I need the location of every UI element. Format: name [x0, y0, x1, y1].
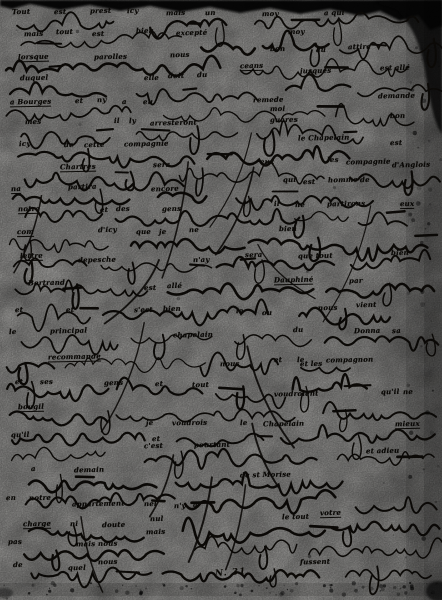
gloss-word: mais: [24, 30, 43, 37]
gloss-word: qu'il: [381, 388, 400, 395]
gloss-word: tout: [56, 28, 73, 35]
gloss-word: a Bourges: [10, 98, 52, 108]
gloss-annotation-layer: Toutestpresticymaisunmoya quimaistoutest…: [0, 0, 442, 600]
gloss-word: mieux: [395, 420, 420, 430]
gloss-word: ne: [295, 201, 305, 208]
gloss-word: depesche: [78, 256, 116, 264]
manuscript-photo: Toutestpresticymaisunmoya quimaistoutest…: [0, 0, 442, 600]
gloss-word: mais nous: [76, 540, 118, 548]
gloss-word: encore: [151, 185, 179, 193]
gloss-word: et: [155, 380, 163, 387]
gloss-word: lorsque: [18, 53, 49, 63]
gloss-word: moi: [270, 105, 285, 112]
gloss-word: guares: [270, 116, 298, 124]
gloss-word: il: [114, 117, 120, 124]
gloss-word: les: [327, 156, 339, 163]
gloss-word: moy: [262, 10, 279, 17]
gloss-word: bon: [390, 112, 405, 119]
gloss-word: com: [17, 228, 34, 237]
gloss-word: le: [240, 419, 248, 426]
gloss-word: et: [274, 356, 282, 363]
gloss-word: d'icy: [98, 226, 117, 233]
gloss-word: Donna: [354, 327, 381, 335]
gloss-word: moy: [288, 28, 305, 35]
gloss-word: ni: [70, 520, 78, 527]
gloss-word: que tout: [298, 252, 333, 260]
gloss-word: notre: [18, 205, 40, 214]
gloss-word: je: [146, 419, 154, 426]
gloss-word: compagnon: [326, 356, 373, 364]
gloss-word: excepté: [176, 29, 207, 37]
gloss-word: votre: [320, 509, 341, 518]
gloss-word: n'y: [174, 502, 186, 509]
gloss-word: le: [297, 356, 305, 363]
gloss-word: est: [144, 284, 156, 291]
gloss-word: Dauphiné: [274, 276, 314, 286]
gloss-word: au: [316, 46, 326, 53]
gloss-word: bien: [136, 27, 154, 34]
gloss-word: recommande: [48, 352, 101, 362]
gloss-word: qu'il: [11, 431, 30, 438]
gloss-word: parolles: [94, 53, 127, 61]
gloss-word: est: [303, 178, 315, 185]
gloss-word: il: [274, 200, 280, 207]
gloss-word: Bertrand: [28, 279, 65, 287]
gloss-word: duquel: [20, 74, 48, 82]
gloss-word: des: [116, 205, 130, 212]
gloss-word: vient: [356, 301, 377, 308]
gloss-word: le Chapelain: [298, 133, 350, 141]
gloss-word: le: [9, 328, 17, 335]
gloss-word: eux: [400, 200, 415, 209]
gloss-word: nous: [318, 304, 338, 311]
gloss-word: nel: [144, 500, 157, 507]
gloss-word: bon: [270, 45, 285, 52]
gloss-word: ses: [40, 378, 53, 385]
gloss-word: eux: [260, 158, 274, 165]
gloss-word: doute: [102, 521, 125, 528]
gloss-word: et: [15, 306, 23, 313]
gloss-word: na: [11, 185, 21, 194]
gloss-word: ne: [403, 388, 413, 395]
gloss-word: le tout: [282, 513, 309, 521]
gloss-word: est: [54, 8, 66, 15]
gloss-word: de st Morise: [240, 470, 291, 478]
gloss-word: a: [193, 501, 198, 508]
gloss-word: attire: [348, 43, 371, 50]
gloss-word: ne: [189, 226, 199, 233]
gloss-word: chapelain: [173, 331, 213, 339]
gloss-word: quel: [68, 564, 86, 571]
gloss-word: mais: [146, 528, 165, 535]
gloss-word: partira: [68, 183, 97, 191]
gloss-word: demande: [378, 92, 415, 100]
gloss-word: jusques: [300, 67, 331, 75]
gloss-word: tout: [192, 381, 209, 388]
gloss-word: je: [159, 228, 167, 235]
gloss-word: bien: [391, 249, 409, 256]
gloss-word: est: [92, 30, 104, 37]
gloss-word: icy: [127, 7, 139, 14]
gloss-word: nous: [220, 360, 240, 367]
gloss-word: doit: [168, 72, 184, 79]
gloss-word: bien: [163, 305, 181, 312]
gloss-word: voudroient: [274, 390, 319, 398]
gloss-word: a qui: [324, 9, 345, 16]
gloss-word: notre: [29, 494, 51, 501]
gloss-word: s'est: [134, 306, 153, 313]
gloss-word: pas: [8, 538, 22, 545]
gloss-word: voudrois: [172, 419, 207, 427]
gloss-word: fussent: [300, 558, 330, 566]
gloss-word: et: [66, 306, 74, 313]
gloss-word: sera: [153, 161, 171, 168]
gloss-word: n'ay: [193, 256, 210, 263]
gloss-word: c'est: [144, 442, 163, 449]
gloss-word: que: [136, 228, 151, 235]
gloss-word: d'Anglois: [392, 161, 430, 169]
gloss-word: homme: [328, 176, 358, 184]
gloss-word: arresteront: [150, 119, 197, 127]
gloss-word: et: [75, 97, 83, 104]
gloss-word: elle: [144, 74, 159, 81]
gloss-word: Chartres: [60, 163, 96, 173]
gloss-word: Chapelain: [263, 420, 304, 428]
gloss-word: mais: [166, 9, 185, 16]
gloss-word: et adieu: [366, 447, 399, 455]
gloss-word: charge: [23, 520, 51, 530]
gloss-word: appartement: [72, 499, 125, 507]
gloss-word: de: [64, 141, 74, 148]
gloss-word: Tout: [12, 8, 30, 15]
gloss-word: ceans: [240, 62, 263, 71]
gloss-word: demain: [74, 466, 104, 474]
gloss-word: et: [100, 206, 108, 213]
gloss-word: eu: [143, 98, 153, 105]
gloss-word: est allé: [380, 64, 410, 72]
gloss-word: remede: [253, 96, 284, 104]
gloss-word: prest: [90, 7, 111, 14]
gloss-word: gens: [104, 379, 123, 386]
gloss-word: bougil: [18, 403, 44, 413]
gloss-word: du: [293, 326, 304, 333]
gloss-word: le: [236, 307, 244, 314]
gloss-word: qui: [283, 176, 296, 183]
gloss-word: ou: [262, 309, 272, 316]
gloss-word: a: [31, 465, 36, 472]
gloss-word: nul: [150, 515, 164, 522]
gloss-word: est: [390, 139, 402, 146]
gloss-word: sera: [245, 251, 263, 258]
gloss-word: pourtant: [194, 441, 230, 449]
gloss-word: nous: [98, 558, 118, 565]
gloss-word: mes: [25, 118, 42, 125]
gloss-word: de: [13, 561, 23, 568]
gloss-word: en: [6, 494, 16, 501]
gloss-word: gens: [162, 205, 181, 212]
gloss-word: par: [349, 277, 363, 284]
gloss-word: compagnie: [124, 140, 169, 148]
gloss-word: de: [360, 176, 370, 183]
gloss-word: a: [122, 98, 127, 105]
gloss-word: icy: [19, 140, 31, 147]
gloss-word: un: [205, 9, 216, 16]
gloss-word: bien: [279, 225, 297, 232]
gloss-word: ly: [129, 117, 136, 124]
gloss-word: partirons: [327, 200, 365, 208]
gloss-word: et: [15, 378, 23, 385]
gloss-word: cette: [84, 141, 105, 148]
gloss-word: nous: [170, 51, 190, 58]
gloss-word: ny: [97, 96, 107, 103]
gloss-word: compagnie: [346, 158, 391, 166]
gloss-word: lettre: [20, 252, 43, 261]
gloss-word: principal: [50, 327, 87, 335]
gloss-word: du: [197, 71, 208, 78]
gloss-word: allé: [167, 282, 182, 289]
gloss-word: sa: [392, 327, 401, 334]
